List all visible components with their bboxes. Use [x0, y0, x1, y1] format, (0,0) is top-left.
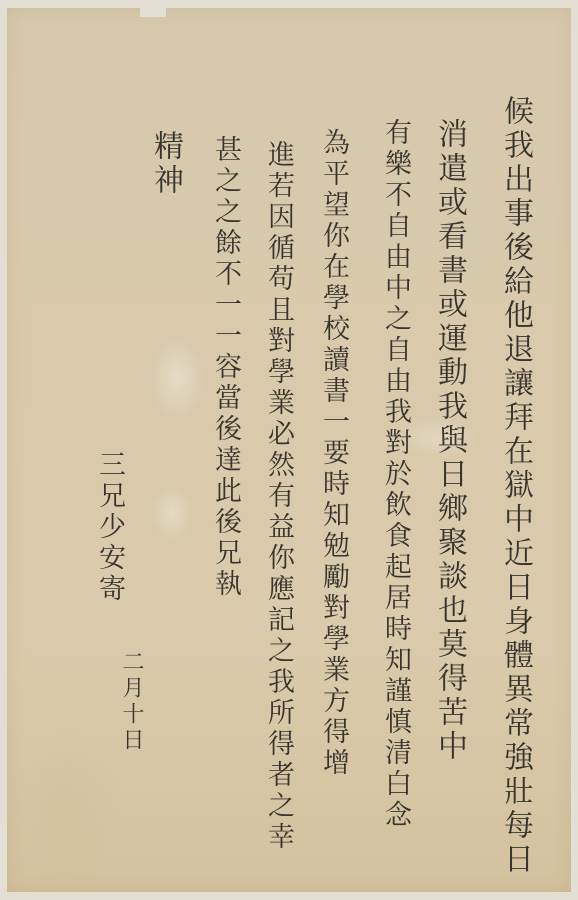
document-mount: 候我出事後給他退讓拜在獄中近日身體異常強壯每日 消遣或看書或運動我與日鄉聚談也莫…: [0, 0, 578, 900]
letter-column-3: 有樂不自由中之自由我對於飲食起居時知謹慎清白念: [382, 118, 409, 888]
paper-torn-edge: [140, 8, 166, 17]
letter-date: 二月十日: [120, 650, 142, 760]
letter-column-6: 甚之之餘不一一容當後達此後兄執: [212, 135, 239, 655]
letter-column-5: 進若因循苟且對學業必然有益你應記之我所得者之幸: [265, 140, 292, 870]
letter-column-7: 精神: [150, 130, 180, 230]
signature: 三兄少安寄: [96, 450, 123, 650]
letter-column-1: 候我出事後給他退讓拜在獄中近日身體異常強壯每日: [500, 95, 530, 885]
letter-column-4: 為平望你在學校讀書一要時知勉勵對學業方得增: [320, 128, 347, 868]
letter-column-2: 消遣或看書或運動我與日鄉聚談也莫得苦中: [434, 118, 464, 878]
